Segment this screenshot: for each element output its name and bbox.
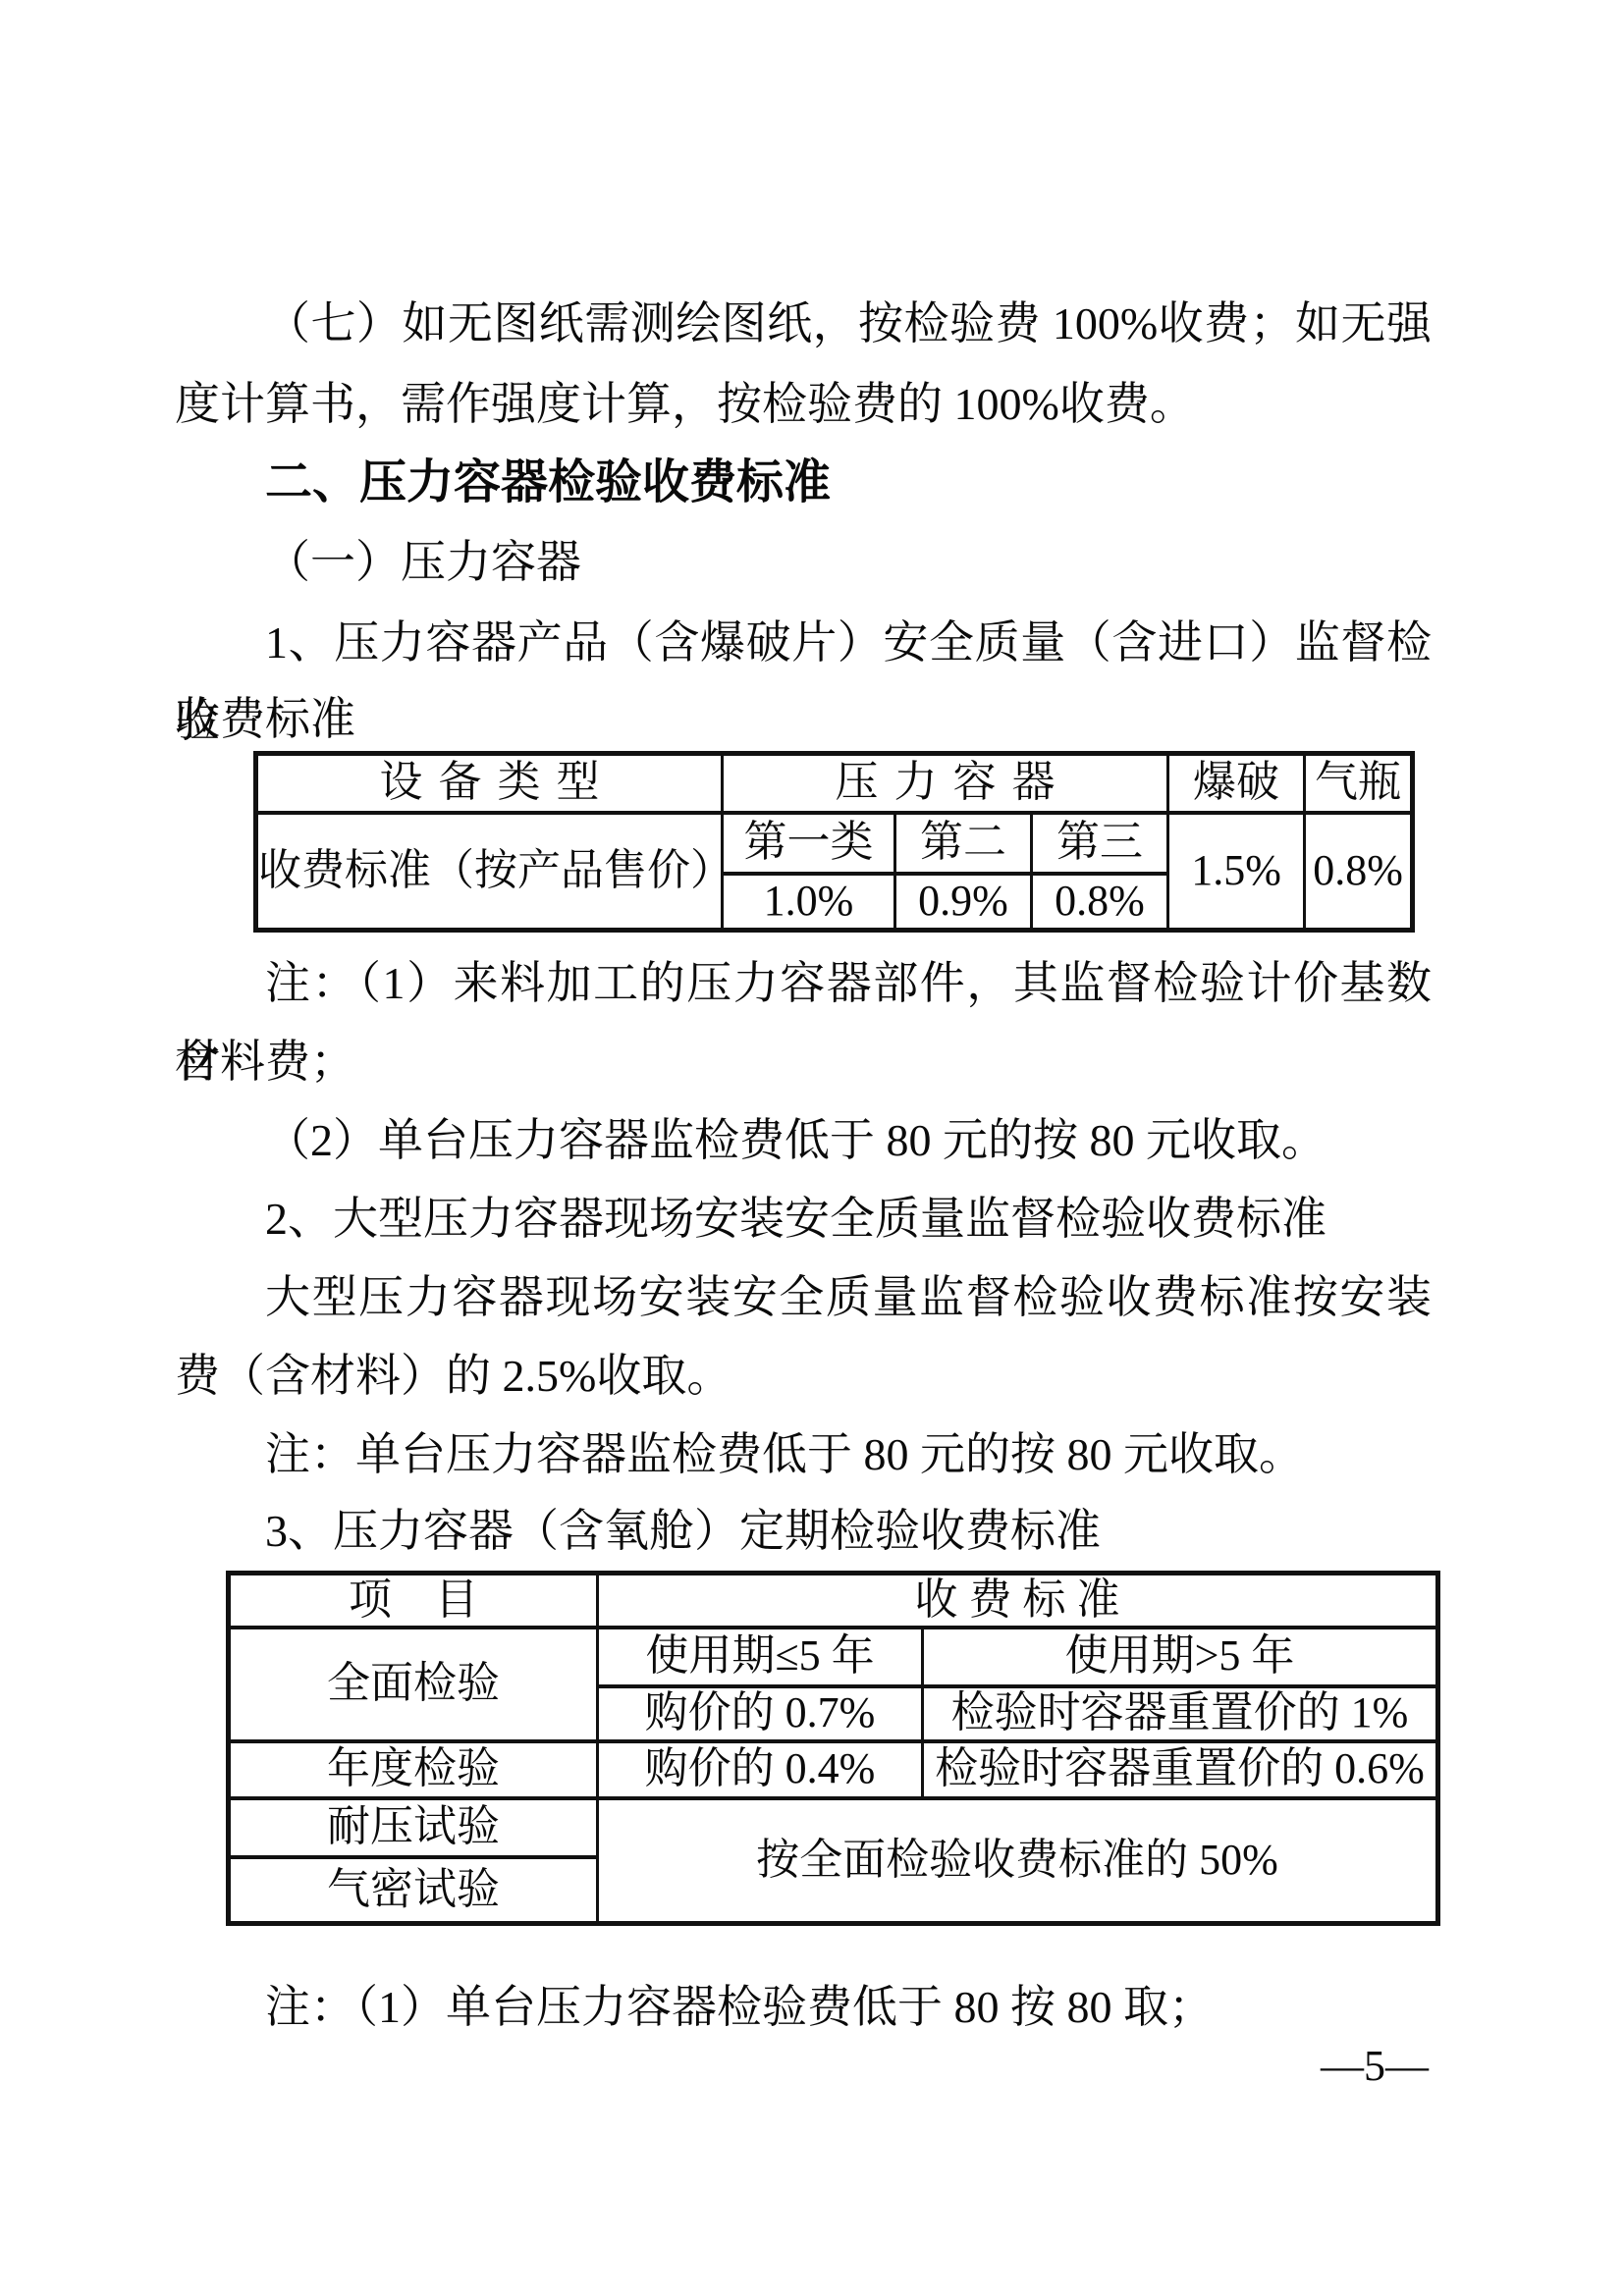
t2-full-le5-fee: 购价的 0.7% [598,1686,923,1741]
item-2-line1: 大型压力容器现场安装安全质量监督检验收费标准按安装 [175,1258,1432,1337]
t1-class-3-value: 0.8% [1032,874,1168,931]
t1-header-pressure-vessel: 压力容器 [723,754,1168,813]
document-page: （七）如无图纸需测绘图纸，按检验费 100%收费；如无强 度计算书，需作强度计算… [0,0,1624,2296]
t1-class-2-label: 第二 [895,813,1032,874]
t1-rupture-value: 1.5% [1168,813,1305,931]
t1-header-gas-cylinder: 气瓶 [1305,754,1413,813]
product-inspection-fee-table: 设备类型 压力容器 爆破 气瓶 收费标准（按产品售价） 第一类 第二 第三 1.… [253,751,1415,933]
t2-gt5-label: 使用期>5 年 [923,1628,1438,1686]
item-1-title-line2: 收费标准 [175,680,1432,759]
item-1-title-line1: 1、压力容器产品（含爆破片）安全质量（含进口）监督检验 [175,604,1432,682]
t2-annual-label: 年度检验 [229,1741,598,1798]
t2-full-inspection-label: 全面检验 [229,1628,598,1741]
t1-class-2-value: 0.9% [895,874,1032,931]
note-1-line1: 注：（1）来料加工的压力容器部件，其监督检验计价基数含 [175,944,1432,1023]
t1-cylinder-value: 0.8% [1305,813,1413,931]
t1-class-1-value: 1.0% [723,874,895,931]
note-2: 注：（1）单台压力容器检验费低于 80 按 80 取； [175,1968,1432,2047]
t2-tightness-test-label: 气密试验 [229,1857,598,1924]
t1-header-rupture-disc: 爆破 [1168,754,1305,813]
t2-header-fee-standard: 收 费 标 准 [598,1574,1438,1628]
t1-class-1-label: 第一类 [723,813,895,874]
item-2-title: 2、大型压力容器现场安装安全质量监督检验收费标准 [175,1180,1432,1258]
t2-annual-le5-fee: 购价的 0.4% [598,1741,923,1798]
t2-le5-label: 使用期≤5 年 [598,1628,923,1686]
item-2-line2: 费（含材料）的 2.5%收取。 [175,1337,1432,1415]
t2-header-item: 项 目 [229,1574,598,1628]
t1-row-label: 收费标准（按产品售价） [256,813,723,931]
t2-pressure-test-label: 耐压试验 [229,1798,598,1857]
para-item7-line2: 度计算书，需作强度计算，按检验费的 100%收费。 [175,365,1432,444]
periodic-inspection-fee-table: 项 目 收 费 标 准 全面检验 使用期≤5 年 使用期>5 年 购价的 0.7… [226,1571,1440,1926]
item-3-title: 3、压力容器（含氧舱）定期检验收费标准 [175,1492,1432,1571]
page-number: —5— [1321,2027,1429,2106]
note-1-line2: 材料费； [175,1023,1432,1101]
t1-header-device-type: 设备类型 [256,754,723,813]
subsection-1-heading: （一）压力容器 [175,523,1432,602]
t1-class-3-label: 第三 [1032,813,1168,874]
item-2-note: 注：单台压力容器监检费低于 80 元的按 80 元收取。 [175,1415,1432,1494]
t2-annual-gt5-fee: 检验时容器重置价的 0.6% [923,1741,1438,1798]
t2-shared-fee: 按全面检验收费标准的 50% [598,1798,1438,1924]
para-item7-line1: （七）如无图纸需测绘图纸，按检验费 100%收费；如无强 [175,285,1432,363]
note-1-item2: （2）单台压力容器监检费低于 80 元的按 80 元收取。 [175,1101,1432,1180]
section-2-heading: 二、压力容器检验收费标准 [175,444,1432,522]
t2-full-gt5-fee: 检验时容器重置价的 1% [923,1686,1438,1741]
